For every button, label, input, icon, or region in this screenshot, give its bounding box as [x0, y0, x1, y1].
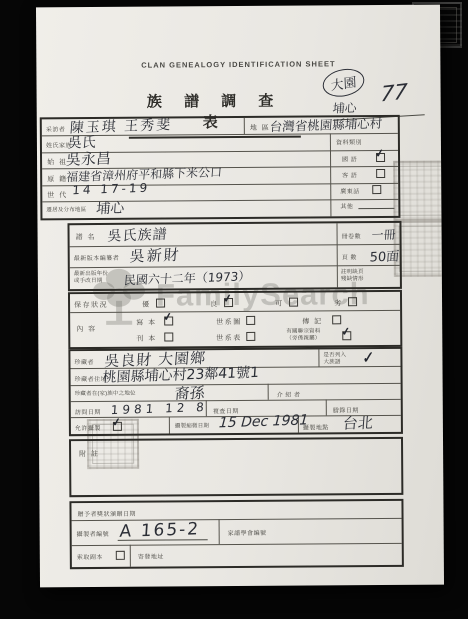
field-label-introducer: 介 紹 者: [277, 390, 301, 399]
sheet-title-en: CLAN GENEALOGY IDENTIFICATION SHEET: [36, 59, 440, 71]
field-value-film-date: 15 Dec 1981: [218, 412, 309, 431]
pedigree-table-checkbox: [246, 332, 255, 341]
field-label-generations: 世 代: [47, 190, 68, 200]
divider: [169, 416, 170, 433]
field-label-missing-note-2: 殘缺情形: [341, 276, 364, 283]
content-option-printed: 刊 本: [136, 334, 157, 344]
condition-table: 保存狀況 優 良 可 劣 內 容 寫 本 世系圖 傳 記 刊 本 世系表 有關聯…: [68, 290, 402, 349]
field-value-generations: 14 17-19: [72, 181, 151, 198]
field-label-contents: 內 容: [76, 324, 97, 334]
survey-info-table: 采訪者 陳玉琪 王秀斐 地 區 台灣省桃園縣埔心村 姓氏家族 吳氏 始 祖 吳永…: [40, 115, 401, 221]
field-label-film-number: 攝製者編號: [77, 529, 110, 538]
field-label-film-place: 攝製地點: [303, 422, 329, 431]
fair-checkbox: [289, 298, 298, 307]
microfilm-frame: CLAN GENEALOGY IDENTIFICATION SHEET 族 譜 …: [0, 0, 468, 619]
field-value-pages: 50面: [369, 245, 400, 265]
condition-option-fair: 可: [275, 299, 284, 309]
poor-checkbox: [348, 297, 357, 306]
divider: [244, 118, 245, 134]
field-value-migration: 埔心: [96, 197, 125, 218]
field-label-permission: 允許攝製: [75, 423, 101, 432]
owner-table: 珍藏者 吳良財 大園鄉 是否列入 大族譜 珍藏者住址 桃園縣埔心村23鄰41號1…: [68, 347, 403, 436]
divider: [318, 349, 319, 366]
divider: [268, 384, 269, 400]
field-label-area: 地 區: [250, 123, 271, 133]
field-label-listed-1: 是否列入: [323, 352, 346, 359]
field-label-missing-note-1: 註明缺頁: [341, 269, 364, 276]
divider: [130, 545, 131, 567]
field-label-first-ancestor: 始 祖: [47, 157, 68, 167]
field-label-position: 珍藏者在(家)族中之地位: [75, 391, 136, 398]
field-label-mail-address: 寄發地址: [138, 552, 164, 561]
field-value-visit-date: 1981 12 8: [110, 400, 208, 417]
field-value-area: 台灣省桃園縣埔心村: [269, 114, 383, 136]
other-blank-line: [358, 208, 394, 209]
handwritten-place-note: 大園: [322, 66, 365, 99]
excellent-checkbox: [156, 299, 165, 308]
listed-checkmark-icon: [363, 348, 375, 368]
admin-table: 贈予者獎狀頒贈日期 攝製者編號 A 165-2 家譜學會編號 索取副本 寄發地址: [69, 499, 403, 569]
divider: [72, 543, 402, 546]
condition-option-poor: 劣: [334, 298, 343, 308]
pedigree-chart-checkbox: [246, 316, 255, 325]
field-label-origin: 原 籍: [47, 174, 68, 184]
field-label-migration: 遷居及分布地區: [46, 207, 86, 214]
good-checkbox: [224, 298, 233, 307]
divider: [70, 310, 400, 313]
field-label-pages: 頁 數: [342, 252, 357, 261]
content-option-pedigree-chart: 世系圖: [216, 317, 242, 327]
divider: [336, 223, 337, 287]
field-label-condition: 保存狀況: [74, 300, 108, 310]
divider: [72, 518, 402, 521]
manuscript-checkbox: [164, 316, 173, 325]
category-label-other: 其他: [340, 201, 353, 210]
field-label-interviewer: 采訪者: [46, 124, 66, 133]
category-header: 資料類別: [336, 137, 362, 146]
divider: [326, 399, 327, 415]
field-label-award-date: 贈予者獎狀頒贈日期: [77, 509, 136, 518]
field-label-society-number: 家譜學會編號: [228, 528, 267, 537]
genealogy-volume-table: 譜 名 吳氏族譜 冊卷數 一冊 最新版本編纂者 吳新財 頁 數 50面 最新出版…: [67, 221, 401, 291]
film-number-underline: [118, 539, 208, 541]
category-label-hakka: 客 語: [342, 170, 357, 179]
field-value-volumes: 一冊: [371, 226, 396, 244]
notes-box: 附 註: [69, 437, 403, 497]
field-label-film-date: 攝製縮微日期: [175, 423, 209, 430]
field-label-copy-request: 索取副本: [77, 552, 103, 561]
field-value-edition-year: 民國六十二年（1973）: [123, 267, 251, 288]
permission-checkbox: [113, 422, 122, 431]
printed-checkbox: [164, 332, 173, 341]
content-option-biography: 傳 記: [302, 316, 323, 326]
divider: [71, 399, 401, 402]
watermark-stamp: [393, 161, 444, 221]
mandarin-checkbox: [376, 153, 385, 162]
field-label-genealogy-title: 譜 名: [76, 232, 97, 242]
biography-checkbox: [332, 315, 341, 324]
content-option-related-clans-sub: （旁係親屬）: [286, 335, 320, 342]
field-label-visit-date: 訪問日期: [75, 407, 101, 416]
condition-option-excellent: 優: [142, 300, 151, 310]
cantonese-checkbox: [372, 185, 381, 194]
hakka-checkbox: [376, 169, 385, 178]
related-clans-checkbox: [342, 331, 351, 340]
divider: [330, 133, 332, 216]
field-label-edition-year-1: 最新出版年份: [74, 271, 108, 278]
category-label-cantonese: 廣東話: [340, 186, 360, 195]
category-label-mandarin: 國 語: [342, 154, 357, 163]
genealogy-form-sheet: CLAN GENEALOGY IDENTIFICATION SHEET 族 譜 …: [36, 5, 444, 588]
handwritten-number: 77: [380, 79, 408, 106]
content-option-pedigree-table: 世系表: [216, 333, 242, 343]
field-label-compiler: 最新版本編纂者: [74, 253, 120, 262]
field-label-edition-year-2: 或手改日期: [74, 278, 103, 285]
field-label-volumes: 冊卷數: [342, 231, 362, 240]
divider: [219, 519, 220, 544]
field-value-genealogy-title: 吳氏族譜: [107, 224, 168, 246]
content-option-related-clans: 有關聯宗資料: [286, 328, 320, 335]
copy-request-checkbox: [116, 551, 125, 560]
condition-option-good: 良: [210, 299, 219, 309]
field-value-compiler: 吳新財: [129, 244, 181, 267]
field-value-film-place: 台北: [342, 412, 374, 434]
content-option-manuscript: 寫 本: [136, 318, 157, 328]
field-label-listed-2: 大族譜: [323, 359, 340, 366]
field-label-notes: 附 註: [79, 449, 100, 459]
field-label-holder: 珍藏者: [74, 357, 94, 366]
